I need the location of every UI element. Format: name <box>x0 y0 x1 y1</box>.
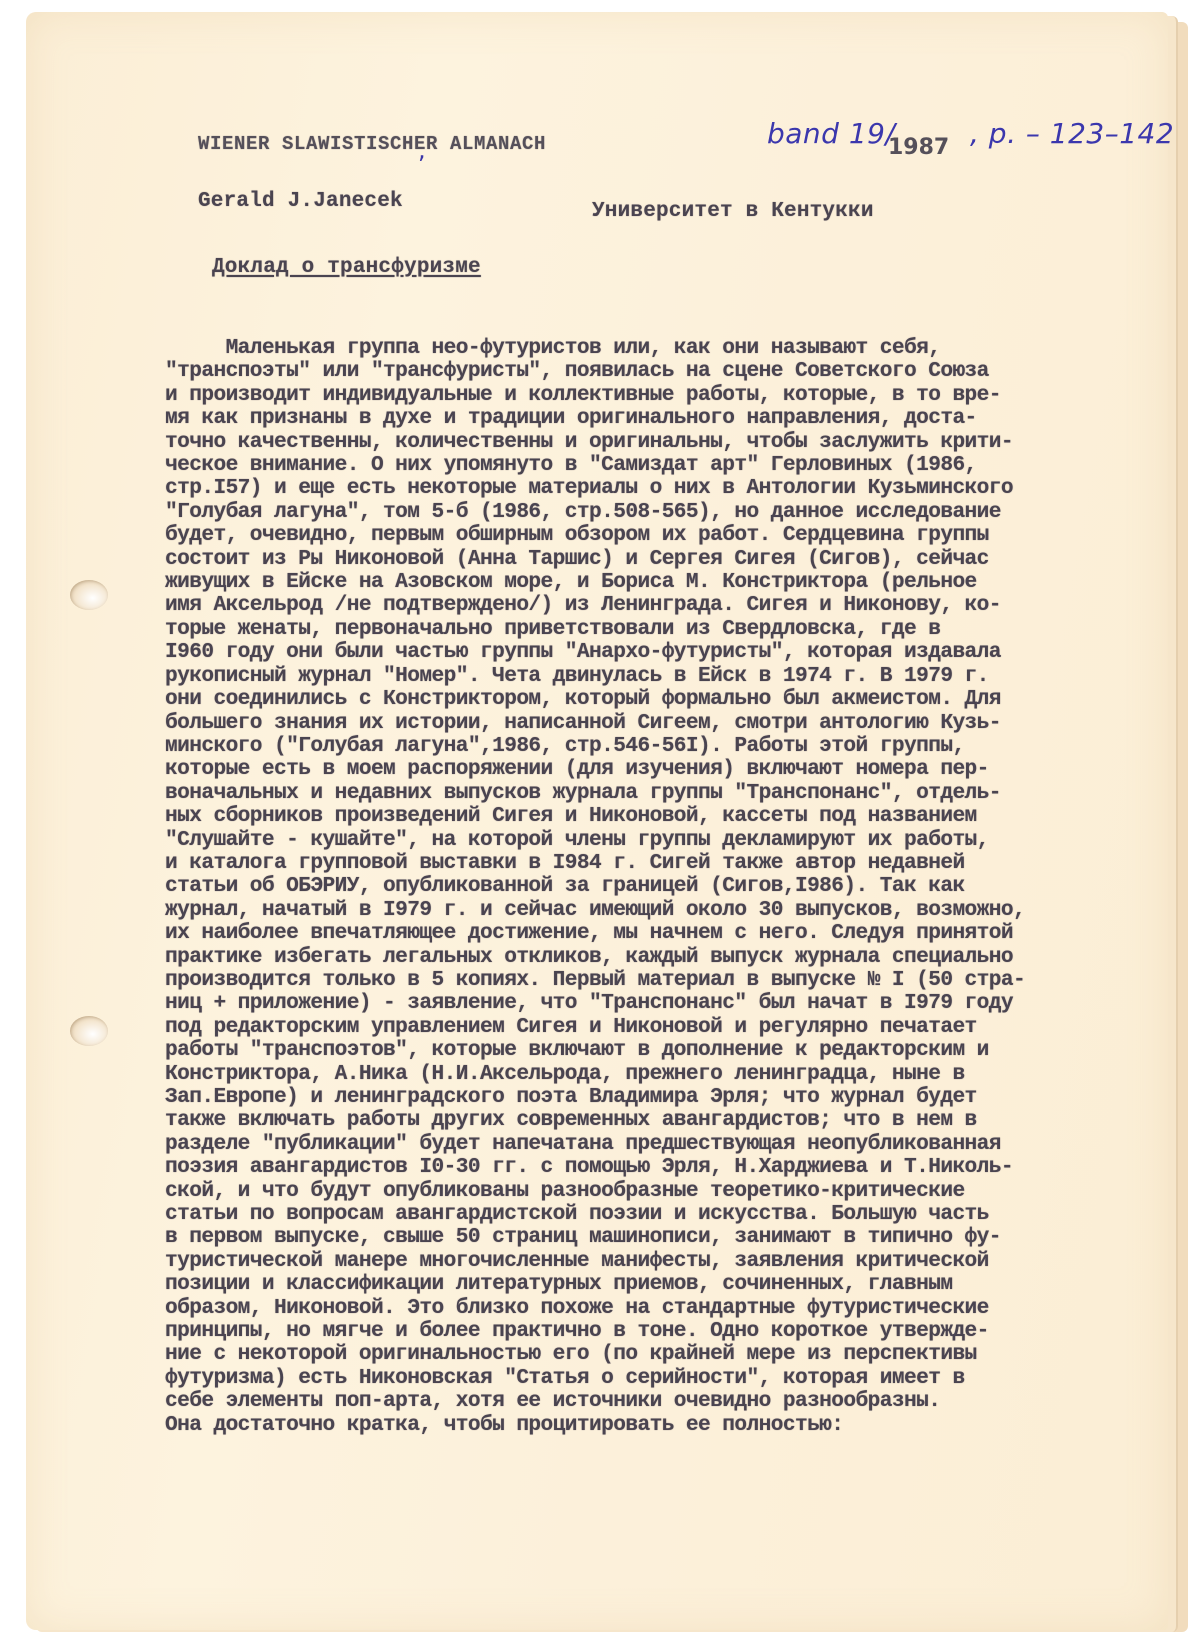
text-line: будет, очевидно, первым обширным обзором… <box>165 524 1145 547</box>
text-line: под редакторским управлением Сигея и Ник… <box>165 1016 1145 1039</box>
text-line: живущих в Ейске на Азовском море, и Бори… <box>165 571 1145 594</box>
text-line: практике избегать легальных откликов, ка… <box>165 946 1145 969</box>
text-line: минского ("Голубая лагуна",1986, стр.546… <box>165 735 1145 758</box>
text-line: "транспоэты" или "трансфуристы", появила… <box>165 360 1145 383</box>
text-line: Она достаточно кратка, чтобы процитирова… <box>165 1414 1145 1437</box>
text-line: ской, и что будут опубликованы разнообра… <box>165 1180 1145 1203</box>
punch-hole <box>70 1016 108 1046</box>
text-line: их наиболее впечатляющее достижение, мы … <box>165 922 1145 945</box>
text-line: статьи об ОБЭРИУ, опубликованной за гран… <box>165 875 1145 898</box>
text-line: также включать работы других современных… <box>165 1109 1145 1132</box>
text-line: I960 году они были частью группы "Анархо… <box>165 641 1145 664</box>
text-line: имя Аксельрод /не подтверждено/) из Лени… <box>165 594 1145 617</box>
text-line: "Слушайте - кушайте", на которой члены г… <box>165 829 1145 852</box>
text-line: Маленькая группа нео-футуристов или, как… <box>165 337 1145 360</box>
body-paragraph: Маленькая группа нео-футуристов или, как… <box>165 337 1145 1437</box>
text-line: Констриктора, А.Ника (Н.И.Аксельрода, пр… <box>165 1063 1145 1086</box>
text-line: разделе "публикации" будет напечатана пр… <box>165 1133 1145 1156</box>
text-line: работы "транспоэтов", которые включают в… <box>165 1039 1145 1062</box>
author-name: Gerald J.Janecek <box>198 190 403 213</box>
text-line: ниц + приложение) - заявление, что "Тран… <box>165 992 1145 1015</box>
text-line: ческое внимание. О них упомянуто в "Сами… <box>165 454 1145 477</box>
text-line: ных сборников произведений Сигея и Никон… <box>165 805 1145 828</box>
text-line: мя как признаны в духе и традиции оригин… <box>165 407 1145 430</box>
text-line: состоит из Ры Никоновой (Анна Таршис) и … <box>165 548 1145 571</box>
text-line: журнал, начатый в I979 г. и сейчас имеющ… <box>165 899 1145 922</box>
text-line: позиции и классификации литературных при… <box>165 1273 1145 1296</box>
text-line: большего знания их истории, написанной С… <box>165 712 1145 735</box>
text-line: и производит индивидуальные и коллективн… <box>165 384 1145 407</box>
punch-hole <box>70 580 108 610</box>
text-line: туристической манере многочисленные мани… <box>165 1250 1145 1273</box>
text-line: воначальных и недавних выпусков журнала … <box>165 782 1145 805</box>
text-line: которые есть в моем распоряжении (для из… <box>165 758 1145 781</box>
handwritten-comma: , <box>418 136 426 164</box>
text-line: производится только в 5 копиях. Первый м… <box>165 969 1145 992</box>
text-line: "Голубая лагуна", том 5-б (1986, стр.508… <box>165 501 1145 524</box>
text-line: они соединились с Констриктором, который… <box>165 688 1145 711</box>
text-line: точно качественны, количественны и ориги… <box>165 431 1145 454</box>
author-affiliation: Университет в Кентукки <box>592 200 874 223</box>
text-line: рукописный журнал "Номер". Чета двинулас… <box>165 665 1145 688</box>
journal-name: WIENER SLAWISTISCHER ALMANACH <box>198 133 546 155</box>
report-title: Доклад о трансфуризме <box>212 256 481 279</box>
text-line: статьи по вопросам авангардистской поэзи… <box>165 1203 1145 1226</box>
text-line: принципы, но мягче и более практично в т… <box>165 1320 1145 1343</box>
text-line: футуризма) есть Никоновская "Статья о се… <box>165 1367 1145 1390</box>
handwritten-volume: band 19/ <box>767 117 895 150</box>
text-line: Зап.Европе) и ленинградского поэта Влади… <box>165 1086 1145 1109</box>
publication-year: 1987 <box>888 135 949 160</box>
text-line: ние с некоторой оригинальностью его (по … <box>165 1343 1145 1366</box>
text-line: и каталога групповой выставки в I984 г. … <box>165 852 1145 875</box>
text-line: поэзия авангардистов I0-30 гг. с помощью… <box>165 1156 1145 1179</box>
text-line: торые женаты, первоначально приветствова… <box>165 618 1145 641</box>
handwritten-pages: , p. – 123–142 <box>970 117 1174 150</box>
text-line: образом, Никоновой. Это близко похоже на… <box>165 1297 1145 1320</box>
text-line: в первом выпуске, свыше 50 страниц машин… <box>165 1226 1145 1249</box>
text-line: себе элементы поп-арта, хотя ее источник… <box>165 1390 1145 1413</box>
text-line: стр.I57) и еще есть некоторые материалы … <box>165 477 1145 500</box>
